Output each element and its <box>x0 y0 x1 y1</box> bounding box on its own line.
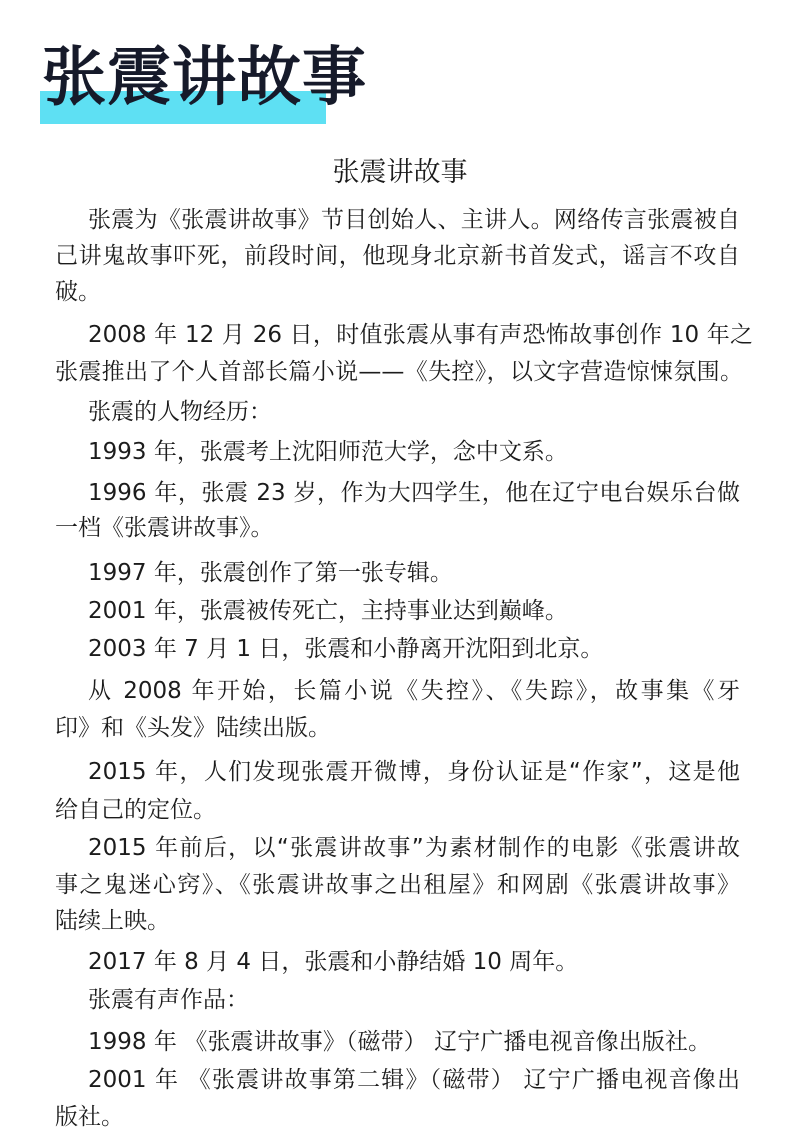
paragraph-line: 2008 年 12 月 26 日，时值张震从事有声恐怖故事创作 10 年之际， <box>88 320 753 350</box>
paragraph-line: 2017 年 8 月 4 日，张震和小静结婚 10 周年。 <box>88 947 578 977</box>
paragraph-line: 1998 年 《张震讲故事》（磁带） 辽宁广播电视音像出版社。 <box>88 1027 711 1057</box>
paragraph-line: 张震为《张震讲故事》节目创始人、主讲人。网络传言张震被自 <box>88 205 740 235</box>
page-title: 张震讲故事 <box>42 38 367 118</box>
paragraph-line: 张震有声作品： <box>88 985 249 1015</box>
paragraph-line: 一档《张震讲故事》。 <box>55 513 274 543</box>
paragraph-line: 1993 年，张震考上沈阳师范大学，念中文系。 <box>88 437 568 467</box>
paragraph-line: 2003 年 7 月 1 日，张震和小静离开沈阳到北京。 <box>88 634 603 664</box>
paragraph-line: 2001 年，张震被传死亡，主持事业达到巅峰。 <box>88 596 568 626</box>
paragraph-line: 从 2008 年开始，长篇小说《失控》、《失踪》，故事集《牙 <box>88 676 740 706</box>
paragraph-line: 2015 年前后，以“张震讲故事”为素材制作的电影《张震讲故 <box>88 833 740 863</box>
paragraph-line: 1997 年，张震创作了第一张专辑。 <box>88 558 453 588</box>
paragraph-line: 己讲鬼故事吓死，前段时间，他现身北京新书首发式，谣言不攻自 <box>55 241 740 271</box>
article-subtitle: 张震讲故事 <box>0 154 800 192</box>
paragraph-line: 版社。 <box>55 1102 124 1132</box>
paragraph-line: 张震的人物经历： <box>88 397 272 427</box>
paragraph-line: 破。 <box>55 277 101 307</box>
paragraph-line: 事之鬼迷心窍》、《张震讲故事之出租屋》和网剧《张震讲故事》 <box>55 870 740 900</box>
paragraph-line: 2001 年 《张震讲故事第二辑》（磁带） 辽宁广播电视音像出 <box>88 1065 740 1095</box>
paragraph-line: 1996 年，张震 23 岁，作为大四学生，他在辽宁电台娱乐台做了 <box>88 478 740 508</box>
paragraph-line: 给自己的定位。 <box>55 795 216 825</box>
paragraph-line: 2015 年，人们发现张震开微博，身份认证是“作家”，这是他 <box>88 757 740 787</box>
paragraph-line: 陆续上映。 <box>55 906 170 936</box>
paragraph-line: 印》和《头发》陆续出版。 <box>55 713 331 743</box>
paragraph-line: 张震推出了个人首部长篇小说——《失控》，以文字营造惊悚氛围。 <box>55 357 743 387</box>
